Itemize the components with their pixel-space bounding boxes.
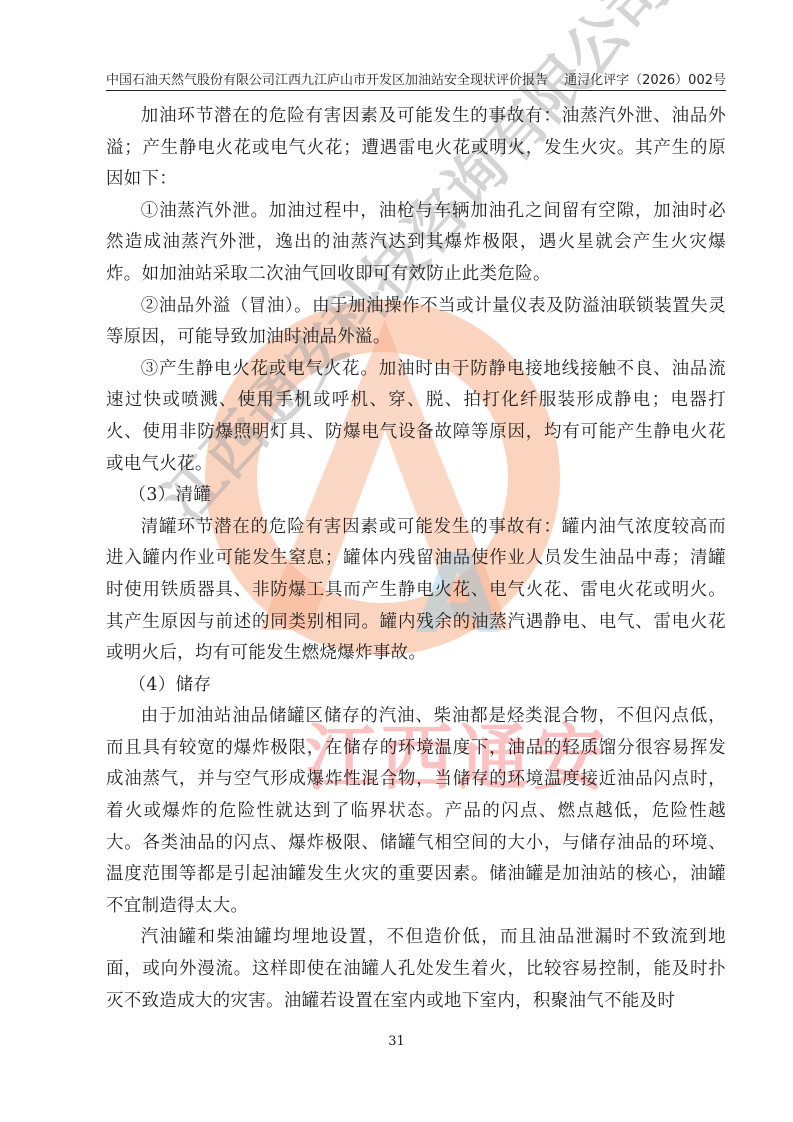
page-header: 中国石油天然气股份有限公司江西九江庐山市开发区加油站安全现状评价报告 通浔化评字… [106,66,726,91]
paragraph: 汽油罐和柴油罐均埋地设置，不但造价低，而且油品泄漏时不致流到地面，或向外漫流。这… [106,922,726,1017]
paragraph: ③产生静电火花或电气火花。加油时由于防静电接地线接触不良、油品流速过快或喷溅、使… [106,354,726,480]
section-heading: （3）清罐 [106,480,726,512]
section-heading: （4）储存 [106,670,726,702]
paragraph: 清罐环节潜在的危险有害因素或可能发生的事故有：罐内油气浓度较高而进入罐内作业可能… [106,512,726,670]
paragraph: ②油品外溢（冒油）。由于加油操作不当或计量仪表及防溢油联锁装置失灵等原因，可能导… [106,291,726,354]
paragraph: 由于加油站油品储罐区储存的汽油、柴油都是烃类混合物，不但闪点低，而且具有较宽的爆… [106,701,726,922]
report-title: 中国石油天然气股份有限公司江西九江庐山市开发区加油站安全现状评价报告 [106,69,548,88]
paragraph: 加油环节潜在的危险有害因素及可能发生的事故有：油蒸汽外泄、油品外溢；产生静电火花… [106,101,726,196]
paragraph: ①油蒸汽外泄。加油过程中，油枪与车辆加油孔之间留有空隙，加油时必然造成油蒸汽外泄… [106,196,726,291]
page-number: 31 [0,1034,793,1049]
document-body: 加油环节潜在的危险有害因素及可能发生的事故有：油蒸汽外泄、油品外溢；产生静电火花… [106,101,726,1017]
document-number: 通浔化评字（2026）002号 [564,69,726,88]
